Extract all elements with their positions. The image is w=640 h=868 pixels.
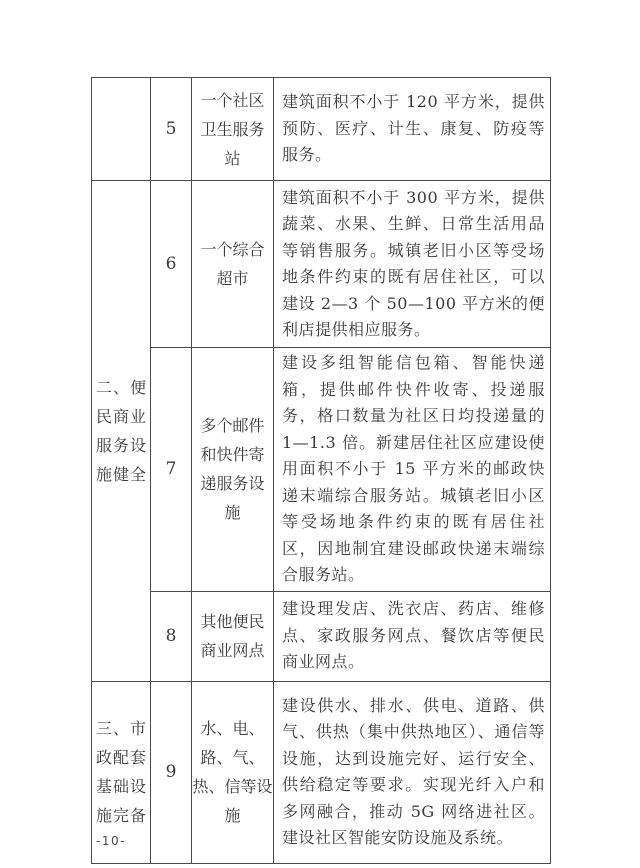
category-label: 二、便民商业服务设施健全	[96, 373, 146, 489]
row-number-cell: 5	[151, 78, 192, 181]
category-cell-commercial: 二、便民商业服务设施健全	[92, 181, 151, 682]
item-cell: 多个邮件和快件寄递服务设施	[192, 348, 274, 592]
table-row-9: 三、市政配套基础设施完备 9 水、电、路、气、热、信等设施 建设供水、排水、供电…	[92, 681, 551, 863]
row-number-cell: 8	[151, 591, 192, 681]
description-cell: 建设供水、排水、供电、道路、供气、供热（集中供热地区）、通信等设施，达到设施完好…	[274, 681, 551, 863]
category-label: 三、市政配套基础设施完备	[96, 714, 146, 830]
category-cell-empty	[92, 78, 151, 181]
row-number-cell: 6	[151, 181, 192, 348]
item-label: 水、电、路、气、热、信等设施	[193, 714, 273, 830]
document-page: 5 一个社区卫生服务站 建筑面积不小于 120 平方米，提供预防、医疗、计生、康…	[0, 0, 640, 868]
description-text: 建设理发店、洗衣店、药店、维修点、家政服务网点、餐饮店等便民商业网点。	[274, 594, 550, 678]
item-cell: 水、电、路、气、热、信等设施	[192, 681, 274, 863]
item-label: 其他便民商业网点	[200, 607, 266, 665]
description-text: 建设多组智能信包箱、智能快递箱，提供邮件快件收寄、投递服务，格口数量为社区日均投…	[274, 348, 550, 591]
row-number-cell: 9	[151, 681, 192, 863]
table-row-6: 二、便民商业服务设施健全 6 一个综合超市 建筑面积不小于 300 平方米，提供…	[92, 181, 551, 348]
table-row-8: 8 其他便民商业网点 建设理发店、洗衣店、药店、维修点、家政服务网点、餐饮店等便…	[92, 591, 551, 681]
description-text: 建设供水、排水、供电、道路、供气、供热（集中供热地区）、通信等设施，达到设施完好…	[274, 691, 550, 854]
row-number: 7	[151, 459, 191, 479]
description-cell: 建筑面积不小于 120 平方米，提供预防、医疗、计生、康复、防疫等服务。	[274, 78, 551, 181]
table-row-7: 7 多个邮件和快件寄递服务设施 建设多组智能信包箱、智能快递箱，提供邮件快件收寄…	[92, 348, 551, 592]
item-label: 一个社区卫生服务站	[200, 86, 266, 173]
description-text: 建筑面积不小于 120 平方米，提供预防、医疗、计生、康复、防疫等服务。	[274, 87, 550, 171]
facility-standards-table: 5 一个社区卫生服务站 建筑面积不小于 120 平方米，提供预防、医疗、计生、康…	[91, 77, 551, 864]
item-cell: 其他便民商业网点	[192, 591, 274, 681]
row-number: 6	[151, 254, 191, 274]
description-cell: 建设多组智能信包箱、智能快递箱，提供邮件快件收寄、投递服务，格口数量为社区日均投…	[274, 348, 551, 592]
item-label: 多个邮件和快件寄递服务设施	[200, 411, 266, 527]
description-cell: 建设理发店、洗衣店、药店、维修点、家政服务网点、餐饮店等便民商业网点。	[274, 591, 551, 681]
row-number: 9	[151, 762, 191, 782]
table-row-5: 5 一个社区卫生服务站 建筑面积不小于 120 平方米，提供预防、医疗、计生、康…	[92, 78, 551, 181]
row-number-cell: 7	[151, 348, 192, 592]
description-text: 建筑面积不小于 300 平方米，提供蔬菜、水果、生鲜、日常生活用品等销售服务。城…	[274, 183, 550, 346]
item-cell: 一个综合超市	[192, 181, 274, 348]
row-number: 8	[151, 626, 191, 646]
item-cell: 一个社区卫生服务站	[192, 78, 274, 181]
item-label: 一个综合超市	[200, 235, 266, 293]
page-number: -10-	[96, 834, 126, 848]
description-cell: 建筑面积不小于 300 平方米，提供蔬菜、水果、生鲜、日常生活用品等销售服务。城…	[274, 181, 551, 348]
row-number: 5	[151, 119, 191, 139]
